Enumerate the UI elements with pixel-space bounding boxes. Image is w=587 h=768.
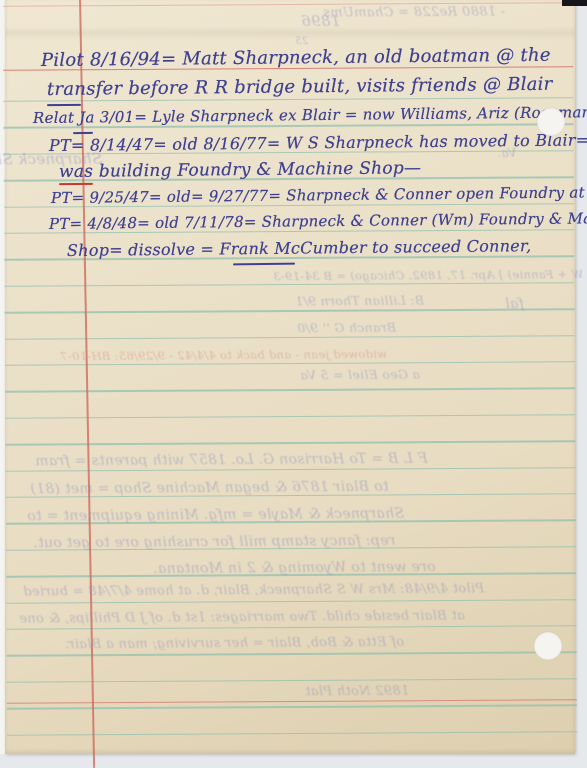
handwritten-line: PT= 9/25/47= old= 9/27/77= Sharpneck & C… xyxy=(51,183,587,207)
handwritten-line: was building Foundry & Machine Shop— xyxy=(59,158,421,182)
handwriting-layer: Pilot 8/16/94= Matt Sharpneck, an old bo… xyxy=(5,0,575,754)
handwritten-line: PT= 8/14/47= old 8/16/77= W S Sharpneck … xyxy=(49,130,587,155)
punch-hole xyxy=(534,632,562,660)
scanned-page: - 1880 Re228 = ChamUms189625Sharpneck Sh… xyxy=(0,0,587,768)
ink-underline xyxy=(47,104,81,106)
handwritten-line: Pilot 8/16/94= Matt Sharpneck, an old bo… xyxy=(41,45,551,71)
handwritten-line: Shop= dissolve = Frank McCumber to succe… xyxy=(67,236,532,260)
paper-sheet: - 1880 Re228 = ChamUms189625Sharpneck Sh… xyxy=(5,0,575,754)
ink-underline xyxy=(73,132,93,134)
scanner-bed-bottom-strip xyxy=(0,754,587,768)
handwritten-line: transfer before R R bridge built, visits… xyxy=(47,74,553,100)
ink-underline xyxy=(59,183,93,185)
scan-corner-artifact xyxy=(562,0,587,6)
handwritten-line: Relat Ja 3/01= Lyle Sharpneck ex Blair =… xyxy=(33,103,587,127)
ink-underline xyxy=(233,263,295,265)
punch-hole xyxy=(537,108,565,136)
handwritten-line: PT= 4/8/48= old 7/11/78= Sharpneck & Con… xyxy=(49,209,587,233)
